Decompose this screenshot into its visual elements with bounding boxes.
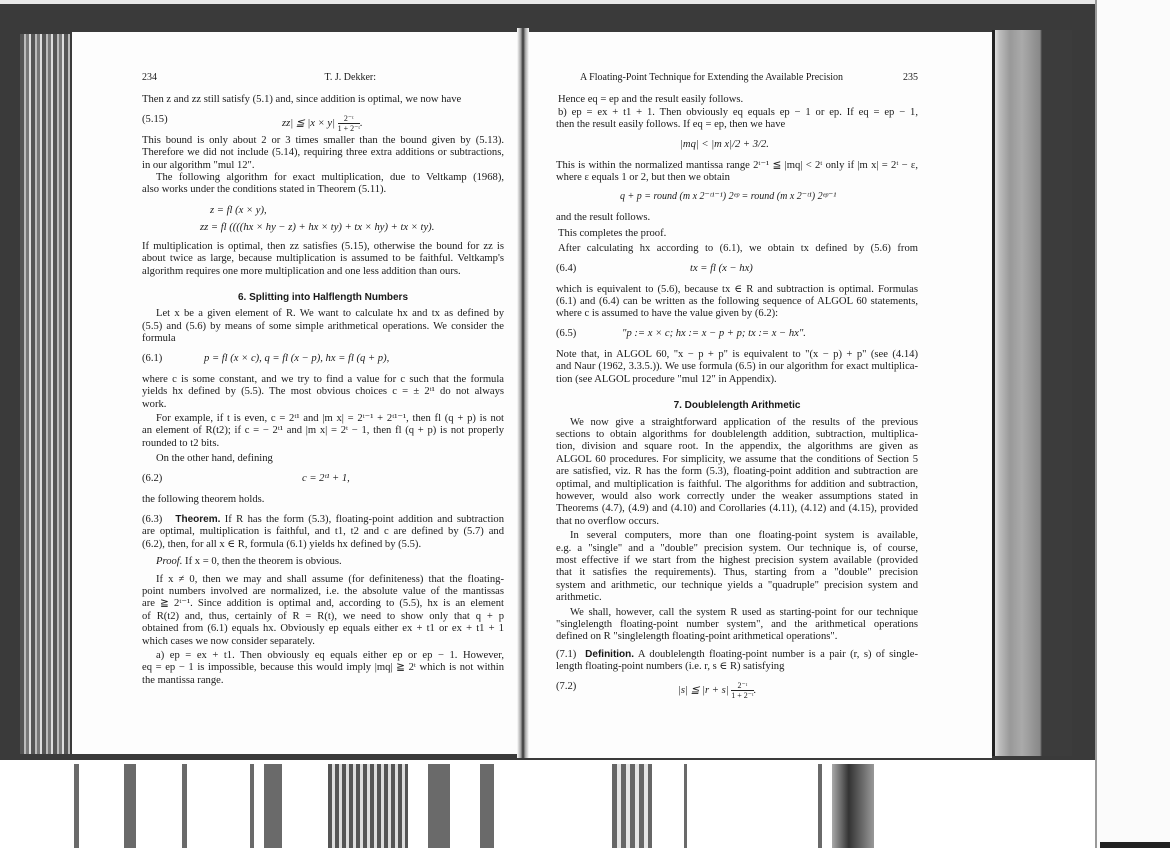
paragraph-line: (6.1) and (6.4) can be written as the fo… (556, 296, 918, 308)
paragraph-line: e.g. a "single" and a "double" precision… (556, 543, 918, 555)
definition-tag: (7.1) (556, 649, 576, 660)
paragraph-line: most effective if we start from the high… (556, 555, 918, 567)
equation-body: |mq| < |m x|/2 + 3/2. (680, 139, 769, 151)
scan-artifact-bar (612, 764, 652, 848)
paragraph-line: If multiplication is optimal, then zz sa… (142, 241, 504, 253)
scan-artifact-bar (250, 764, 254, 848)
paragraph-line: where c is assumed to have the value giv… (556, 308, 918, 320)
equation-body: c = 2ᵗ¹ + 1, (302, 473, 350, 485)
paragraph-line: This bound is only about 2 or 3 times sm… (142, 135, 504, 147)
denominator: 1 + 2⁻ᵗ (731, 691, 753, 700)
paragraph-line: which cases we now consider separately. (142, 636, 504, 648)
equation-body: |s| ≦ |r + s| 2⁻ᵗ1 + 2⁻ᵗ. (678, 681, 756, 700)
paragraph-line: where c is some constant, and we try to … (142, 374, 504, 386)
veltkamp-algorithm: z = fl (x × y), zz = fl ((((hx × hy − z)… (142, 202, 504, 236)
scan-bottom-area (0, 760, 1095, 848)
paragraph-line: an element of R(t2); if c = − 2ᵗ¹ and |m… (142, 425, 504, 437)
right-page-header: A Floating-Point Technique for Extending… (556, 72, 918, 84)
equation-6-2: (6.2) c = 2ᵗ¹ + 1, (142, 470, 504, 490)
paragraph-line: are ≧ 2ᵗ⁻¹. Since addition is optimal an… (142, 598, 504, 610)
book-page-edges-right (992, 30, 1072, 756)
paragraph-line: algorithm requires one more multiplicati… (142, 266, 504, 278)
definition-label: Definition. (585, 649, 634, 660)
paragraph-line: defined on R "singlelength floating-poin… (556, 631, 918, 643)
scan-margin-right (1095, 0, 1170, 848)
paragraph-line: For example, if t is even, c = 2ᵗ¹ and |… (142, 413, 504, 425)
paragraph-line: about twice as large, because multiplica… (142, 253, 504, 265)
proof-label: Proof. (156, 556, 182, 567)
scan-artifact-bar (428, 764, 450, 848)
equation-6-4: (6.4) tx = fl (x − hx) (556, 260, 918, 280)
paragraph-line: sections to obtain algorithms for double… (556, 429, 918, 441)
paragraph-line: point numbers involved are normalized, i… (142, 586, 504, 598)
equation-7-2: (7.2) |s| ≦ |r + s| 2⁻ᵗ1 + 2⁻ᵗ. (556, 678, 918, 698)
paragraph-line: in our algorithm "mul 12". (142, 160, 504, 172)
paragraph-line: formula (142, 333, 504, 345)
scan-artifact-bar (124, 764, 136, 848)
paragraph-line: b) ep = ex + t1 + 1. Then obviously eq e… (556, 107, 918, 119)
right-page-text: A Floating-Point Technique for Extending… (556, 72, 918, 702)
definition-line: A doublelength floating-point number is … (638, 649, 918, 660)
theorem-6-3: (6.3) Theorem. If R has the form (5.3), … (142, 514, 504, 551)
scan-top-strip (0, 0, 1095, 4)
theorem-line: are optimal, multiplication is faithful,… (142, 526, 504, 538)
theorem-line: (6.2), then, for all x ∈ R, formula (6.1… (142, 539, 504, 551)
definition-line: length floating-point numbers (i.e. r, s… (556, 661, 918, 673)
paragraph-line: of R(t2) and, thus, certainly of R = R(t… (142, 611, 504, 623)
paragraph-line: are satisfied, viz. R has the form (5.3)… (556, 466, 918, 478)
left-page-header: 234 T. J. Dekker: (142, 72, 504, 84)
paragraph-line: obtained from (6.1) equals hx. Obviously… (142, 623, 504, 635)
equation-body: zz| ≦ |x × y| 2⁻ᵗ1 + 2⁻ᵗ. (282, 114, 363, 133)
page-number: 234 (142, 72, 157, 84)
paragraph-line: a) ep = ex + t1. Then obviously eq equal… (142, 650, 504, 662)
paragraph-line: We shall, however, call the system R use… (556, 607, 918, 619)
paragraph-line: rounded to t2 bits. (142, 438, 504, 450)
left-page-text: 234 T. J. Dekker: Then z and zz still sa… (142, 72, 504, 687)
scan-artifact-bar (328, 764, 408, 848)
equation-lhs: |s| ≦ |r + s| (678, 685, 729, 696)
scan-artifact-bar (684, 764, 687, 848)
paragraph-line: (5.5) and (5.6) by means of some simple … (142, 321, 504, 333)
denominator: 1 + 2⁻ᵗ (338, 124, 360, 133)
equation-tail: . (360, 118, 363, 129)
paragraph-line: yields hx defined by (5.5). The most obv… (142, 386, 504, 398)
theorem-tag: (6.3) (142, 514, 162, 525)
numerator: 2⁻ᵗ (731, 681, 753, 691)
paragraph-line: This completes the proof. (556, 228, 918, 240)
paragraph-line: On the other hand, defining (142, 453, 504, 465)
scan-artifact-bar (182, 764, 187, 848)
paragraph-line: Theorems (4.7), (4.9) and (4.10) and Cor… (556, 503, 918, 515)
paragraph-line: that it satisfies the requirements). Thu… (556, 567, 918, 579)
paragraph-line: where ε equals 1 or 2, but then we obtai… (556, 172, 918, 184)
equation-tag: (6.4) (556, 263, 576, 275)
equation-tail: . (754, 685, 757, 696)
paragraph-line: We now give a straightforward applicatio… (556, 417, 918, 429)
paragraph-line: ALGOL 60 procedures. For simplicity, we … (556, 454, 918, 466)
book-page-edges-left (20, 34, 70, 754)
definition-7-1: (7.1) Definition. A doublelength floatin… (556, 649, 918, 674)
paragraph-line: Therefore we did not include (5.14), req… (142, 147, 504, 159)
scan-artifact-bar (74, 764, 79, 848)
equation-tag: (6.2) (142, 473, 162, 485)
paragraph-line: "singlelength floating-point number syst… (556, 619, 918, 631)
section-6-heading: 6. Splitting into Halflength Numbers (142, 292, 504, 304)
equation-body: tx = fl (x − hx) (690, 263, 753, 275)
theorem-label: Theorem. (175, 514, 220, 525)
paragraph-line: the mantissa range. (142, 675, 504, 687)
paragraph-line: If x = 0, then the theorem is obvious. (185, 556, 342, 567)
paragraph-line: If x ≠ 0, then we may and shall assume (… (142, 574, 504, 586)
paragraph-line: however, would also work correctly under… (556, 491, 918, 503)
paragraph-line: and the result follows. (556, 212, 918, 224)
paragraph-line: and Naur (1962, 3.3.5.)). We use formula… (556, 361, 918, 373)
scan-artifact-bar (832, 764, 874, 848)
equation-body: q + p = round (m x 2⁻ᵗ¹⁻¹) 2ᵉᵖ = round (… (620, 191, 836, 203)
paragraph-line: Note that, in ALGOL 60, "x − p + p" is e… (556, 349, 918, 361)
paragraph-line: In several computers, more than one floa… (556, 530, 918, 542)
paragraph-line: After calculating hx according to (6.1),… (556, 243, 918, 255)
equation-body: "p := x × c; hx := x − p + p; tx := x − … (622, 328, 806, 340)
running-head: T. J. Dekker: (325, 72, 376, 84)
paragraph-line: Let x be a given element of R. We want t… (142, 308, 504, 320)
equation-tag: (6.5) (556, 328, 576, 340)
paragraph-line: work. (142, 399, 504, 411)
paragraph-line: optimal, and multiplication is faithful.… (556, 479, 918, 491)
paragraph-line: Then z and zz still satisfy (5.1) and, s… (142, 94, 504, 106)
paragraph-line: This is within the normalized mantissa r… (556, 160, 918, 172)
paragraph-line: which is equivalent to (5.6), because tx… (556, 284, 918, 296)
paragraph-line: arithmetic. (556, 592, 918, 604)
equation-5-15: (5.15) zz| ≦ |x × y| 2⁻ᵗ1 + 2⁻ᵗ. (142, 111, 504, 131)
section-7-heading: 7. Doublelength Arithmetic (556, 400, 918, 412)
paragraph-line: the following theorem holds. (142, 494, 504, 506)
page-number: 235 (903, 72, 918, 84)
equation-6-1: (6.1) p = fl (x × c), q = fl (x − p), hx… (142, 350, 504, 370)
equation-tag: (7.2) (556, 681, 576, 693)
fraction: 2⁻ᵗ1 + 2⁻ᵗ (338, 114, 360, 133)
equation-tag: (6.1) (142, 353, 162, 365)
book-gutter (517, 28, 529, 758)
paragraph-line: that no overflow occurs. (556, 516, 918, 528)
scan-artifact-bar (818, 764, 822, 848)
paragraph-line: system and arithmetic, our technique yie… (556, 580, 918, 592)
paragraph-line: The following algorithm for exact multip… (142, 172, 504, 184)
fraction: 2⁻ᵗ1 + 2⁻ᵗ (731, 681, 753, 700)
paragraph-line: tion, division and square root. In the a… (556, 441, 918, 453)
paragraph-line: then the result easily follows. If eq = … (556, 119, 918, 131)
equation-round: q + p = round (m x 2⁻ᵗ¹⁻¹) 2ᵉᵖ = round (… (556, 188, 918, 208)
equation-body: p = fl (x × c), q = fl (x − p), hx = fl … (204, 353, 389, 365)
theorem-line: If R has the form (5.3), floating-point … (225, 514, 504, 525)
paragraph-line: also works under the conditions stated i… (142, 184, 504, 196)
equation-mq: |mq| < |m x|/2 + 3/2. (556, 136, 918, 156)
paragraph-line: eq = ep − 1 is impossible, because this … (142, 662, 504, 674)
equation-tag: (5.15) (142, 114, 168, 126)
scan-corner-bar (1100, 842, 1170, 848)
paragraph-line: Hence eq = ep and the result easily foll… (556, 94, 918, 106)
paragraph-line: tion (see ALGOL procedure "mul 12" in Ap… (556, 374, 918, 386)
numerator: 2⁻ᵗ (338, 114, 360, 124)
scan-artifact-bar (264, 764, 282, 848)
scan-artifact-bar (480, 764, 494, 848)
running-head: A Floating-Point Technique for Extending… (580, 72, 843, 84)
equation-line: zz = fl ((((hx × hy − z) + hx × ty) + tx… (200, 219, 504, 236)
equation-line: z = fl (x × y), (200, 202, 504, 219)
equation-6-5: (6.5) "p := x × c; hx := x − p + p; tx :… (556, 325, 918, 345)
equation-lhs: zz| ≦ |x × y| (282, 118, 335, 129)
